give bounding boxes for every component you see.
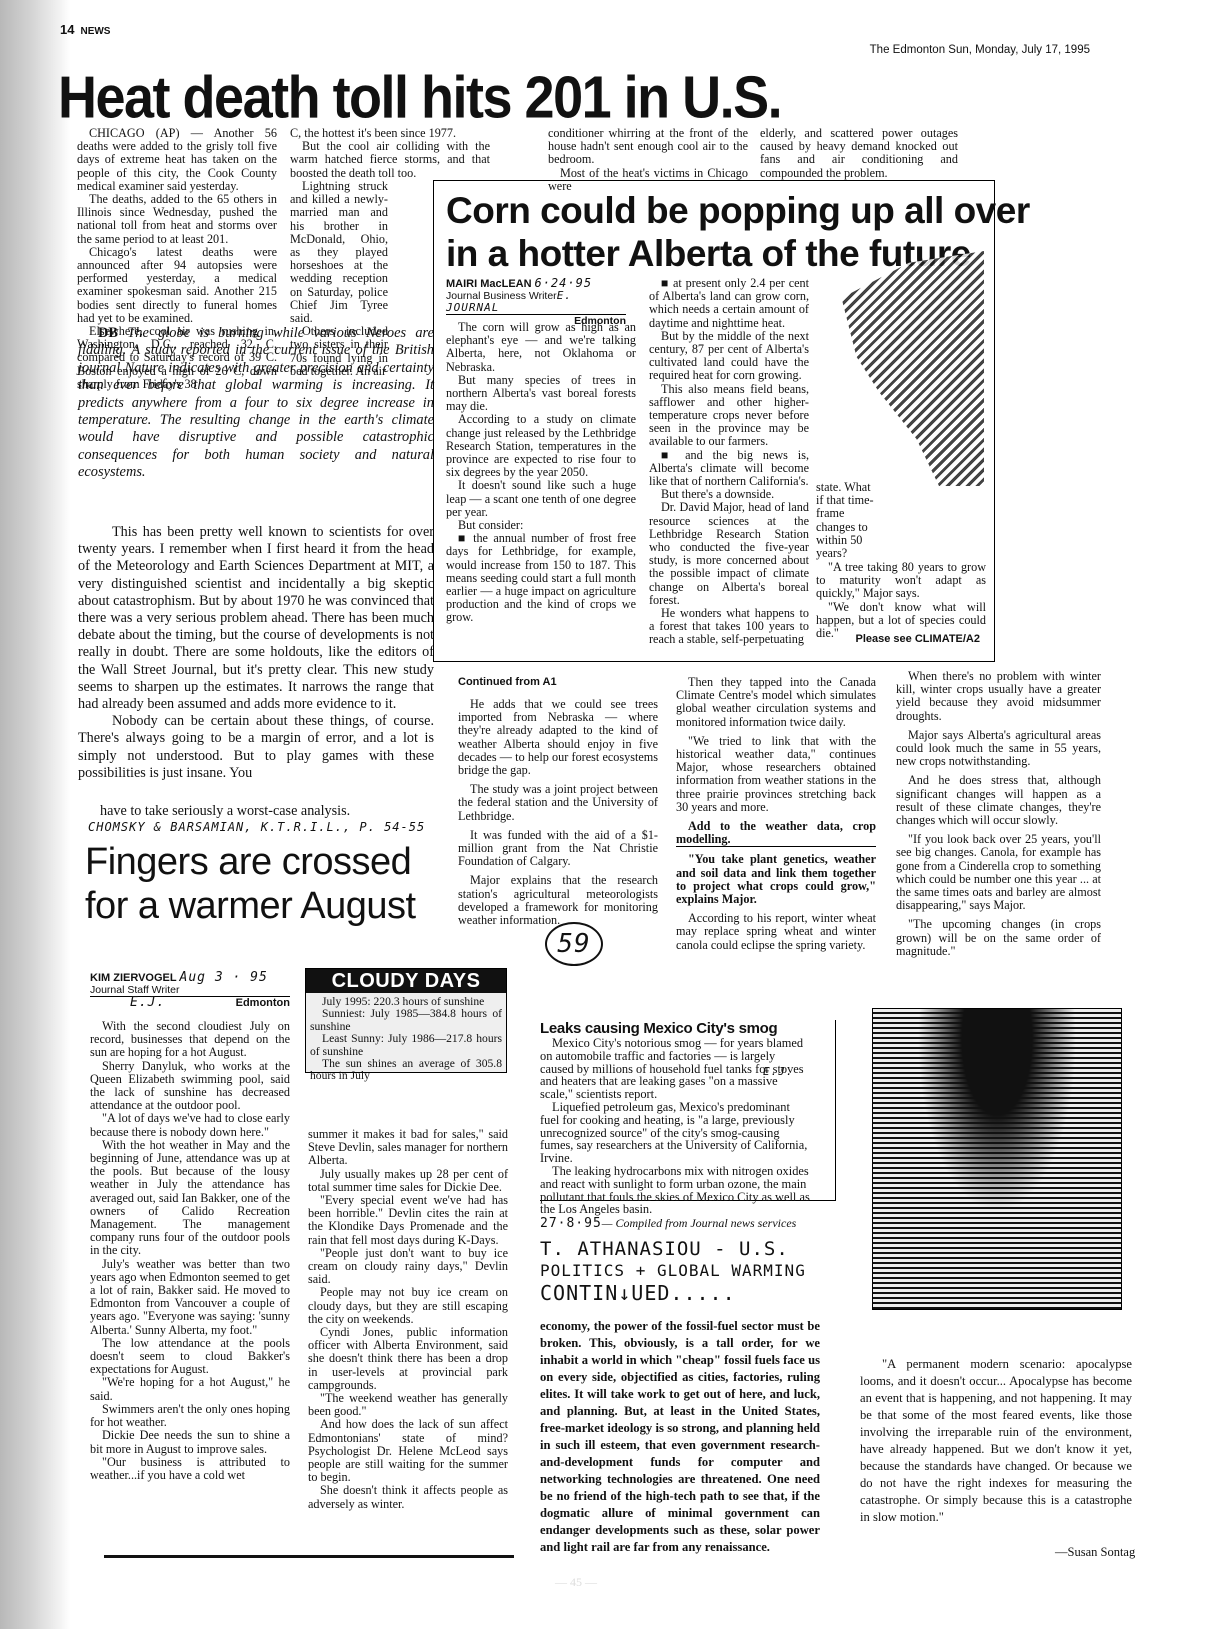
- paragraph: "Every special event we've had has been …: [308, 1194, 508, 1247]
- paragraph: have to take seriously a worst-case anal…: [100, 803, 440, 820]
- book-excerpt: economy, the power of the fossil-fuel se…: [540, 1318, 820, 1556]
- handwritten-date: 6·24·95: [534, 276, 592, 290]
- paragraph: "Our business is attributed to weather..…: [90, 1456, 290, 1482]
- paragraph: The leaking hydrocarbons mix with nitrog…: [540, 1165, 812, 1216]
- paragraph: The low attendance at the pools doesn't …: [90, 1337, 290, 1377]
- corn-col-1: The corn will grow as high as an elephan…: [446, 321, 636, 625]
- paragraph: "You take plant genetics, weather and so…: [676, 853, 876, 906]
- page-number: 14: [60, 22, 74, 37]
- tornado-illustration: [872, 1008, 1122, 1310]
- continued-label: Continued from A1: [458, 676, 557, 688]
- paragraph: July usually makes up 28 per cent of tot…: [308, 1168, 508, 1194]
- handwritten-date: Aug 3 · 95: [180, 970, 268, 985]
- masthead-date: The Edmonton Sun, Monday, July 17, 1995: [870, 44, 1090, 56]
- paragraph: CHICAGO (AP) — Another 56 deaths were ad…: [77, 127, 277, 193]
- paragraph: It doesn't sound like such a huge leap —…: [446, 479, 636, 519]
- stat-line: Sunniest: July 1985—384.8 hours of sunsh…: [310, 1008, 502, 1033]
- paragraph: ■ at present only 2.4 per cent of Albert…: [649, 277, 809, 330]
- fingers-col-2: summer it makes it bad for sales," said …: [308, 1128, 508, 1511]
- cloudy-days-title: CLOUDY DAYS: [306, 969, 506, 993]
- paragraph: But the cool air colliding with the warm…: [290, 140, 490, 180]
- paragraph: elderly, and scattered power outages cau…: [760, 127, 958, 180]
- paragraph: The study was a joint project between th…: [458, 783, 658, 823]
- heat-headline: Heat death toll hits 201 in U.S.: [58, 68, 781, 127]
- paragraph: Nobody can be certain about these things…: [78, 713, 434, 782]
- paragraph: The corn will grow as high as an elephan…: [446, 321, 636, 374]
- paragraph: But many species of trees in northern Al…: [446, 374, 636, 414]
- dateline: Edmonton: [236, 997, 290, 1009]
- note-line: CONTIN↓UED.....: [540, 1282, 806, 1304]
- continued-col-1: He adds that we could see trees imported…: [458, 698, 658, 927]
- author: KIM ZIERVOGEL: [90, 972, 177, 984]
- credit: — Compiled from Journal news services: [602, 1216, 797, 1230]
- essay-end: have to take seriously a worst-case anal…: [100, 803, 440, 820]
- headline-line: Fingers are crossed: [85, 840, 416, 884]
- paragraph: summer it makes it bad for sales," said …: [308, 1128, 508, 1168]
- paragraph: "A lot of days we've had to close early …: [90, 1112, 290, 1138]
- paragraph: July's weather was better than two years…: [90, 1258, 290, 1337]
- heat-col-2: C, the hottest it's been since 1977. But…: [290, 127, 490, 180]
- paragraph: Then they tapped into the Canada Climate…: [676, 676, 876, 729]
- corn-article-box: Corn could be popping up all over in a h…: [433, 180, 995, 662]
- paragraph: And he does stress that, although signif…: [896, 774, 1101, 827]
- paragraph: ■ the annual number of frost free days f…: [446, 532, 636, 624]
- headline-line: for a warmer August: [85, 884, 416, 928]
- handwritten-source: E.J.: [763, 1065, 794, 1078]
- paragraph: "A tree taking 80 years to grow to matur…: [816, 561, 986, 601]
- section-label: NEWS: [80, 26, 110, 37]
- corn-col-2: ■ at present only 2.4 per cent of Albert…: [649, 277, 809, 647]
- paragraph: It was funded with the aid of a $1-milli…: [458, 829, 658, 869]
- paragraph: "People just don't want to buy ice cream…: [308, 1247, 508, 1287]
- paragraph: The deaths, added to the 65 others in Il…: [77, 193, 277, 246]
- paragraph: Lightning struck and killed a newly-marr…: [290, 180, 388, 325]
- corn-illustration: [834, 251, 984, 486]
- handwritten-note: T. ATHANASIOU - U.S. POLITICS + GLOBAL W…: [540, 1238, 806, 1304]
- author: MAIRI MacLEAN: [446, 278, 532, 290]
- paragraph: This also means field beans, safflower a…: [649, 383, 809, 449]
- paragraph: "We're hoping for a hot August," he said…: [90, 1376, 290, 1402]
- corn-col-3: "A tree taking 80 years to grow to matur…: [816, 561, 986, 640]
- essay-intro: DB The globe is burning while various Ne…: [78, 325, 434, 482]
- paragraph: But by the middle of the next century, 8…: [649, 330, 809, 383]
- paragraph: Dr. David Major, head of land resource s…: [649, 501, 809, 607]
- paragraph: Cyndi Jones, public information officer …: [308, 1326, 508, 1392]
- smog-headline: Leaks causing Mexico City's smog: [540, 1020, 835, 1037]
- handwritten-page-stamp: 59: [545, 922, 603, 966]
- paragraph: He adds that we could see trees imported…: [458, 698, 658, 777]
- subhead: Add to the weather data, crop modelling.: [676, 820, 876, 847]
- note-line: T. ATHANASIOU - U.S.: [540, 1238, 806, 1260]
- note-line: POLITICS + GLOBAL WARMING: [540, 1260, 806, 1282]
- fingers-byline: KIM ZIERVOGEL Aug 3 · 95 Journal Staff W…: [90, 972, 290, 1009]
- paragraph: "The upcoming changes (in crops grown) w…: [896, 918, 1101, 958]
- paragraph: According to his report, winter wheat ma…: [676, 912, 876, 952]
- essay-initials: DB: [98, 325, 118, 341]
- faint-folio: — 45 —: [555, 1575, 597, 1590]
- page-header: 14NEWS: [60, 22, 110, 37]
- essay-body: This has been pretty well known to scien…: [78, 524, 434, 782]
- paragraph: This has been pretty well known to scien…: [78, 524, 434, 713]
- paragraph: With the second cloudiest July on record…: [90, 1020, 290, 1060]
- continued-col-3: When there's no problem with winter kill…: [896, 670, 1101, 958]
- paragraph: People may not buy ice cream on cloudy d…: [308, 1286, 508, 1326]
- paragraph: With the hot weather in May and the begi…: [90, 1139, 290, 1258]
- paragraph: Dickie Dee needs the sun to shine a bit …: [90, 1429, 290, 1455]
- paragraph: According to a study on climate change j…: [446, 413, 636, 479]
- paragraph: Liquefied petroleum gas, Mexico's predom…: [540, 1101, 812, 1165]
- scan-page-shadow: [0, 0, 70, 1629]
- paragraph: "The weekend weather has generally been …: [308, 1392, 508, 1418]
- paragraph: Chicago's latest deaths were announced a…: [77, 246, 277, 325]
- jump-link: Please see CLIMATE/A2: [855, 633, 980, 645]
- bottom-rule: [104, 1555, 514, 1558]
- handwritten-source: E.J.: [130, 997, 165, 1009]
- paragraph: Swimmers aren't the only ones hoping for…: [90, 1403, 290, 1429]
- paragraph: "If you look back over 25 years, you'll …: [896, 833, 1101, 912]
- stat-line: Least Sunny: July 1986—217.8 hours of su…: [310, 1033, 502, 1058]
- handwritten-citation: CHOMSKY & BARSAMIAN, K.T.R.I.L., P. 54-5…: [88, 820, 425, 834]
- handwritten-date: 27·8·95: [540, 1216, 602, 1231]
- essay-intro-text: The globe is burning while various Neroe…: [78, 325, 434, 480]
- paragraph: Major says Alberta's agricultural areas …: [896, 729, 1101, 769]
- cloudy-days-sidebar: CLOUDY DAYS July 1995: 220.3 hours of su…: [305, 968, 507, 1073]
- fingers-col-1: With the second cloudiest July on record…: [90, 1020, 290, 1482]
- paragraph: When there's no problem with winter kill…: [896, 670, 1101, 723]
- paragraph: She doesn't think it affects people as a…: [308, 1484, 508, 1510]
- corn-col-3-narrow: state. What if that time-frame changes t…: [816, 481, 876, 560]
- heat-col-4: elderly, and scattered power outages cau…: [760, 127, 958, 180]
- author-title: Journal Staff Writer: [90, 984, 290, 997]
- quote-attribution: —Susan Sontag: [1055, 1545, 1135, 1560]
- sontag-quote: "A permanent modern scenario: apocalypse…: [860, 1356, 1132, 1526]
- fingers-headline: Fingers are crossed for a warmer August: [85, 840, 416, 928]
- paragraph: Sherry Danyluk, who works at the Queen E…: [90, 1060, 290, 1113]
- paragraph: He wonders what happens to a forest that…: [649, 607, 809, 647]
- paragraph: "We tried to link that with the historic…: [676, 735, 876, 814]
- stat-line: The sun shines an average of 305.8 hours…: [310, 1058, 502, 1083]
- smog-article-box: Leaks causing Mexico City's smog Mexico …: [540, 1020, 836, 1201]
- continued-col-2: Then they tapped into the Canada Climate…: [676, 676, 876, 952]
- paragraph: ■ and the big news is, Alberta's climate…: [649, 449, 809, 489]
- paragraph: And how does the lack of sun affect Edmo…: [308, 1418, 508, 1484]
- paragraph: conditioner whirring at the front of the…: [548, 127, 748, 167]
- paragraph: Major explains that the research station…: [458, 874, 658, 927]
- headline-line: Corn could be popping up all over: [446, 189, 1030, 232]
